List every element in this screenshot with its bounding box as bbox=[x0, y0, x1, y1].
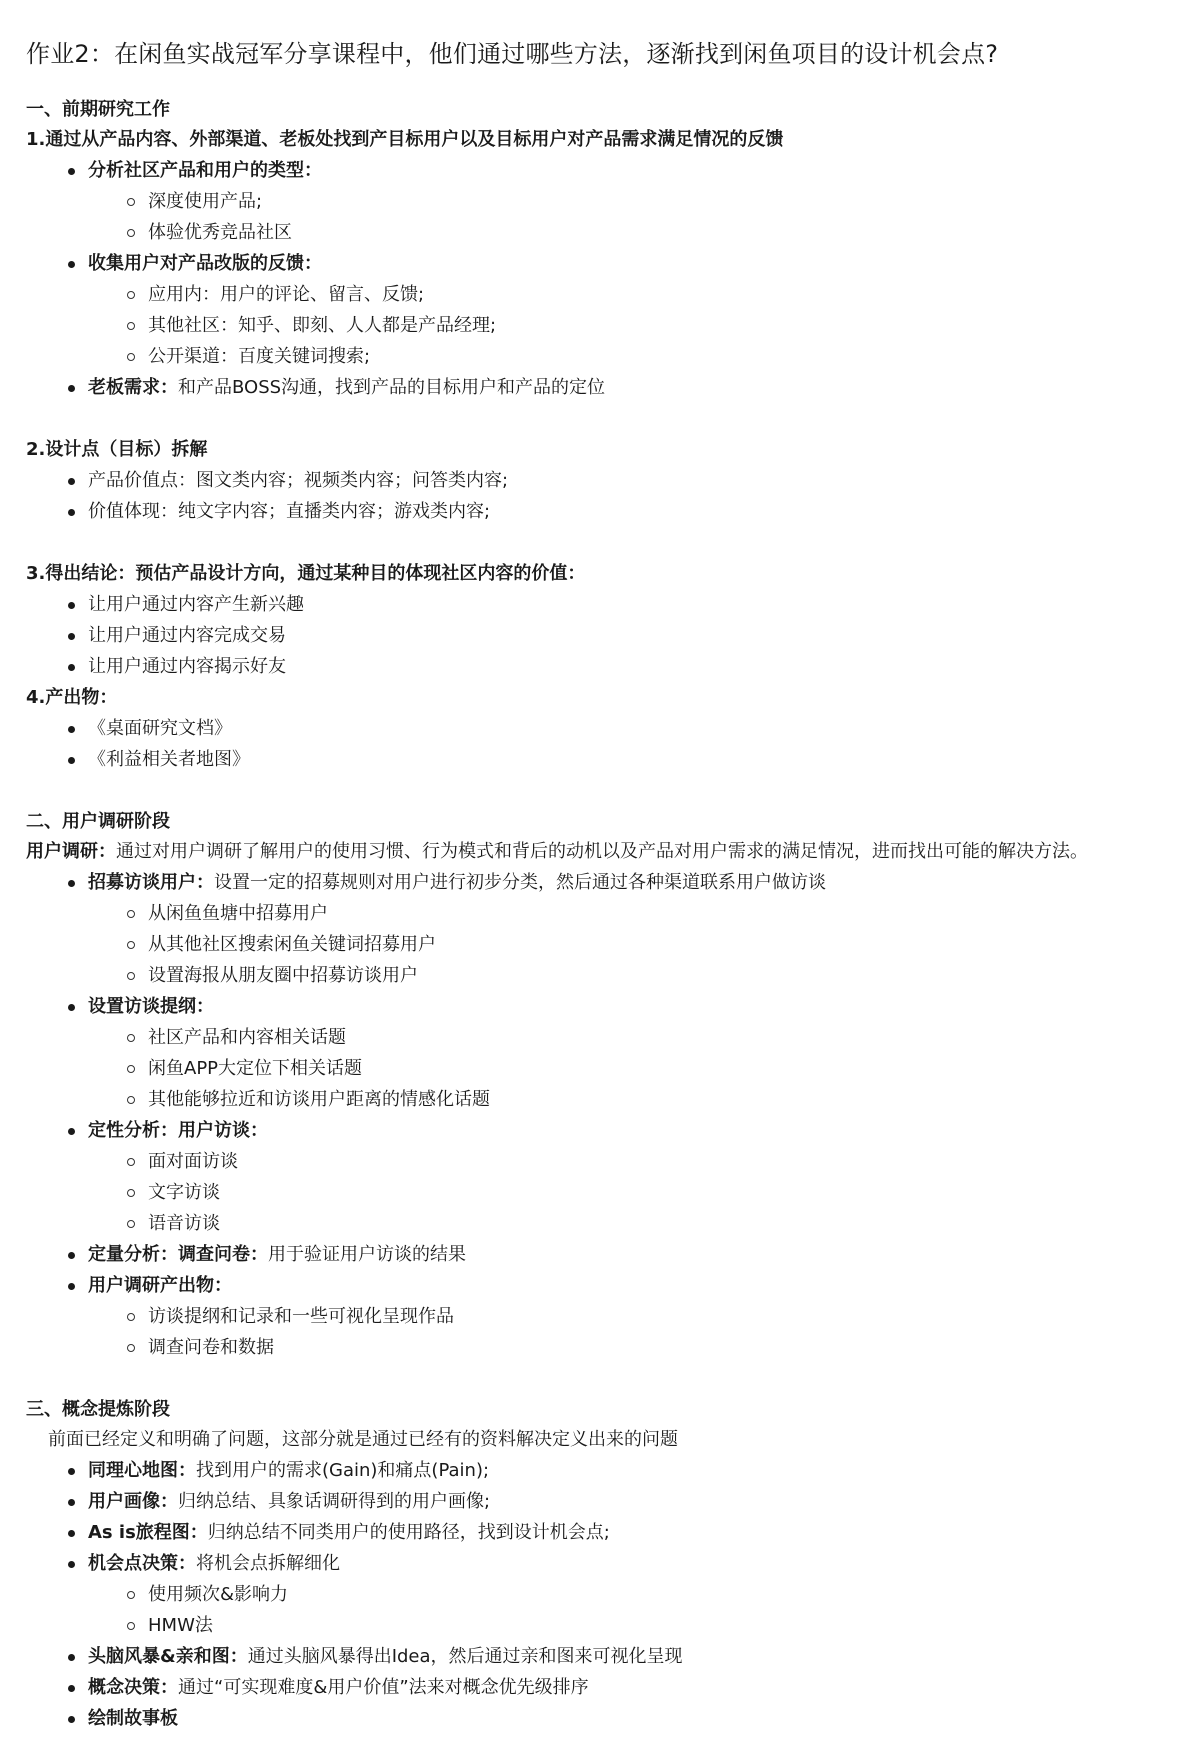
bold-label: 3.得出结论：预估产品设计方向，通过某种目的体现社区内容的价值： bbox=[26, 563, 585, 584]
bold-label: 老板需求： bbox=[88, 377, 178, 398]
bullet-icon bbox=[68, 1468, 75, 1475]
bullet-icon bbox=[68, 1004, 75, 1011]
bold-label: 一、前期研究工作 bbox=[26, 99, 170, 120]
section-heading: 3.得出结论：预估产品设计方向，通过某种目的体现社区内容的价值： bbox=[26, 558, 585, 589]
line-text: 将机会点拆解细化 bbox=[196, 1553, 340, 1574]
list-item: 机会点决策：将机会点拆解细化 bbox=[88, 1548, 340, 1579]
bullet-icon bbox=[68, 1128, 75, 1135]
bold-label: 二、用户调研阶段 bbox=[26, 811, 170, 832]
bullet-icon bbox=[68, 168, 75, 175]
list-item: 产品价值点：图文类内容；视频类内容；问答类内容; bbox=[88, 465, 508, 496]
line-text: 从其他社区搜索闲鱼关键词招募用户 bbox=[148, 934, 436, 955]
line-text: 《桌面研究文档》 bbox=[88, 718, 232, 739]
list-item: 《桌面研究文档》 bbox=[88, 713, 232, 744]
paragraph: 用户调研：通过对用户调研了解用户的使用习惯、行为模式和背后的动机以及产品对用户需… bbox=[26, 836, 1088, 867]
line-text: 闲鱼APP大定位下相关话题 bbox=[148, 1058, 362, 1079]
circle-bullet-icon bbox=[127, 1189, 135, 1197]
list-item: 分析社区产品和用户的类型： bbox=[88, 155, 322, 186]
section-heading: 三、概念提炼阶段 bbox=[26, 1394, 170, 1425]
list-item: 头脑风暴&亲和图：通过头脑风暴得出Idea，然后通过亲和图来可视化呈现 bbox=[88, 1641, 683, 1672]
line-text: 其他社区：知乎、即刻、人人都是产品经理; bbox=[148, 315, 496, 336]
sub-list-item: 从其他社区搜索闲鱼关键词招募用户 bbox=[148, 929, 436, 960]
line-text: 社区产品和内容相关话题 bbox=[148, 1027, 346, 1048]
bullet-icon bbox=[68, 1283, 75, 1290]
bullet-icon bbox=[68, 633, 75, 640]
line-text: 设置海报从朋友圈中招募访谈用户 bbox=[148, 965, 418, 986]
circle-bullet-icon bbox=[127, 198, 135, 206]
bold-label: 定性分析：用户访谈： bbox=[88, 1120, 268, 1141]
circle-bullet-icon bbox=[127, 353, 135, 361]
sub-list-item: 闲鱼APP大定位下相关话题 bbox=[148, 1053, 362, 1084]
bullet-icon bbox=[68, 261, 75, 268]
sub-list-item: 公开渠道：百度关键词搜索; bbox=[148, 341, 370, 372]
line-text: 面对面访谈 bbox=[148, 1151, 238, 1172]
line-text: 通过对用户调研了解用户的使用习惯、行为模式和背后的动机以及产品对用户需求的满足情… bbox=[116, 841, 1088, 862]
line-text: 从闲鱼鱼塘中招募用户 bbox=[148, 903, 328, 924]
sub-list-item: 其他能够拉近和访谈用户距离的情感化话题 bbox=[148, 1084, 490, 1115]
line-text: 公开渠道：百度关键词搜索; bbox=[148, 346, 370, 367]
circle-bullet-icon bbox=[127, 1220, 135, 1228]
line-text: 访谈提纲和记录和一些可视化呈现作品 bbox=[148, 1306, 454, 1327]
line-text: 通过头脑风暴得出Idea，然后通过亲和图来可视化呈现 bbox=[248, 1646, 683, 1667]
circle-bullet-icon bbox=[127, 1096, 135, 1104]
line-text: 体验优秀竞品社区 bbox=[148, 222, 292, 243]
circle-bullet-icon bbox=[127, 1034, 135, 1042]
section-heading: 一、前期研究工作 bbox=[26, 94, 170, 125]
section-heading: 1.通过从产品内容、外部渠道、老板处找到产目标用户以及目标用户对产品需求满足情况… bbox=[26, 124, 783, 155]
line-text: HMW法 bbox=[148, 1615, 213, 1636]
list-item: 用户画像：归纳总结、具象话调研得到的用户画像; bbox=[88, 1486, 490, 1517]
list-item: 招募访谈用户：设置一定的招募规则对用户进行初步分类，然后通过各种渠道联系用户做访… bbox=[88, 867, 826, 898]
line-text: 深度使用产品; bbox=[148, 191, 262, 212]
line-text: 设置一定的招募规则对用户进行初步分类，然后通过各种渠道联系用户做访谈 bbox=[214, 872, 826, 893]
bullet-icon bbox=[68, 880, 75, 887]
bold-label: 概念决策： bbox=[88, 1677, 178, 1698]
section-heading: 2.设计点（目标）拆解 bbox=[26, 434, 207, 465]
circle-bullet-icon bbox=[127, 941, 135, 949]
bullet-icon bbox=[68, 1716, 75, 1723]
circle-bullet-icon bbox=[127, 972, 135, 980]
list-item: 《利益相关者地图》 bbox=[88, 744, 250, 775]
bold-label: 用户调研产出物： bbox=[88, 1275, 232, 1296]
list-item: 让用户通过内容揭示好友 bbox=[88, 651, 286, 682]
line-text: 前面已经定义和明确了问题，这部分就是通过已经有的资料解决定义出来的问题 bbox=[48, 1429, 678, 1450]
circle-bullet-icon bbox=[127, 910, 135, 918]
line-text: 归纳总结、具象话调研得到的用户画像; bbox=[178, 1491, 490, 1512]
bold-label: 招募访谈用户： bbox=[88, 872, 214, 893]
bullet-icon bbox=[68, 664, 75, 671]
list-item: 绘制故事板 bbox=[88, 1703, 178, 1734]
sub-list-item: 从闲鱼鱼塘中招募用户 bbox=[148, 898, 328, 929]
line-text: 文字访谈 bbox=[148, 1182, 220, 1203]
line-text: 使用频次&影响力 bbox=[148, 1584, 288, 1605]
list-item: 价值体现：纯文字内容；直播类内容；游戏类内容; bbox=[88, 496, 490, 527]
list-item: 定量分析：调查问卷：用于验证用户访谈的结果 bbox=[88, 1239, 466, 1270]
sub-list-item: 面对面访谈 bbox=[148, 1146, 238, 1177]
sub-list-item: 文字访谈 bbox=[148, 1177, 220, 1208]
circle-bullet-icon bbox=[127, 1158, 135, 1166]
bold-label: 三、概念提炼阶段 bbox=[26, 1399, 170, 1420]
section-heading: 二、用户调研阶段 bbox=[26, 806, 170, 837]
bullet-icon bbox=[68, 1685, 75, 1692]
line-text: 调查问卷和数据 bbox=[148, 1337, 274, 1358]
list-item: 用户调研产出物： bbox=[88, 1270, 232, 1301]
sub-list-item: 设置海报从朋友圈中招募访谈用户 bbox=[148, 960, 418, 991]
bullet-icon bbox=[68, 726, 75, 733]
bullet-icon bbox=[68, 1654, 75, 1661]
circle-bullet-icon bbox=[127, 1622, 135, 1630]
line-text: 让用户通过内容揭示好友 bbox=[88, 656, 286, 677]
bullet-icon bbox=[68, 478, 75, 485]
bullet-icon bbox=[68, 1499, 75, 1506]
line-text: 应用内：用户的评论、留言、反馈; bbox=[148, 284, 424, 305]
list-item: 让用户通过内容完成交易 bbox=[88, 620, 286, 651]
bold-label: 用户画像： bbox=[88, 1491, 178, 1512]
sub-list-item: 其他社区：知乎、即刻、人人都是产品经理; bbox=[148, 310, 496, 341]
bold-label: 2.设计点（目标）拆解 bbox=[26, 439, 207, 460]
bullet-icon bbox=[68, 602, 75, 609]
bold-label: 设置访谈提纲： bbox=[88, 996, 214, 1017]
bold-label: 定量分析：调查问卷： bbox=[88, 1244, 268, 1265]
sub-list-item: 应用内：用户的评论、留言、反馈; bbox=[148, 279, 424, 310]
line-text: 让用户通过内容完成交易 bbox=[88, 625, 286, 646]
bold-label: 4.产出物： bbox=[26, 687, 117, 708]
list-item: 概念决策：通过“可实现难度&用户价值”法来对概念优先级排序 bbox=[88, 1672, 589, 1703]
section-heading: 4.产出物： bbox=[26, 682, 117, 713]
sub-list-item: HMW法 bbox=[148, 1610, 213, 1641]
bullet-icon bbox=[68, 509, 75, 516]
bold-label: 同理心地图： bbox=[88, 1460, 196, 1481]
line-text: 价值体现：纯文字内容；直播类内容；游戏类内容; bbox=[88, 501, 490, 522]
circle-bullet-icon bbox=[127, 1065, 135, 1073]
sub-list-item: 访谈提纲和记录和一些可视化呈现作品 bbox=[148, 1301, 454, 1332]
bold-label: 绘制故事板 bbox=[88, 1708, 178, 1729]
line-text: 让用户通过内容产生新兴趣 bbox=[88, 594, 304, 615]
bold-label: As is旅程图： bbox=[88, 1522, 208, 1543]
list-item: 同理心地图：找到用户的需求(Gain)和痛点(Pain); bbox=[88, 1455, 489, 1486]
line-text: 其他能够拉近和访谈用户距离的情感化话题 bbox=[148, 1089, 490, 1110]
bullet-icon bbox=[68, 1561, 75, 1568]
list-item: 设置访谈提纲： bbox=[88, 991, 214, 1022]
bullet-icon bbox=[68, 385, 75, 392]
list-item: 老板需求：和产品BOSS沟通，找到产品的目标用户和产品的定位 bbox=[88, 372, 605, 403]
page-title: 作业2：在闲鱼实战冠军分享课程中，他们通过哪些方法，逐渐找到闲鱼项目的设计机会点… bbox=[26, 34, 998, 69]
circle-bullet-icon bbox=[127, 1313, 135, 1321]
sub-list-item: 深度使用产品; bbox=[148, 186, 262, 217]
bold-label: 收集用户对产品改版的反馈： bbox=[88, 253, 322, 274]
bold-label: 分析社区产品和用户的类型： bbox=[88, 160, 322, 181]
bullet-icon bbox=[68, 1530, 75, 1537]
line-text: 产品价值点：图文类内容；视频类内容；问答类内容; bbox=[88, 470, 508, 491]
bold-label: 机会点决策： bbox=[88, 1553, 196, 1574]
bullet-icon bbox=[68, 1252, 75, 1259]
sub-list-item: 使用频次&影响力 bbox=[148, 1579, 288, 1610]
circle-bullet-icon bbox=[127, 1591, 135, 1599]
intro-paragraph: 前面已经定义和明确了问题，这部分就是通过已经有的资料解决定义出来的问题 bbox=[48, 1424, 678, 1455]
list-item: 让用户通过内容产生新兴趣 bbox=[88, 589, 304, 620]
line-text: 归纳总结不同类用户的使用路径，找到设计机会点; bbox=[208, 1522, 610, 1543]
sub-list-item: 体验优秀竞品社区 bbox=[148, 217, 292, 248]
circle-bullet-icon bbox=[127, 322, 135, 330]
list-item: 收集用户对产品改版的反馈： bbox=[88, 248, 322, 279]
circle-bullet-icon bbox=[127, 229, 135, 237]
bold-label: 1.通过从产品内容、外部渠道、老板处找到产目标用户以及目标用户对产品需求满足情况… bbox=[26, 129, 783, 150]
bold-label: 头脑风暴&亲和图： bbox=[88, 1646, 248, 1667]
line-text: 通过“可实现难度&用户价值”法来对概念优先级排序 bbox=[178, 1677, 589, 1698]
list-item: As is旅程图：归纳总结不同类用户的使用路径，找到设计机会点; bbox=[88, 1517, 610, 1548]
line-text: 和产品BOSS沟通，找到产品的目标用户和产品的定位 bbox=[178, 377, 605, 398]
bold-label: 用户调研： bbox=[26, 841, 116, 862]
sub-list-item: 调查问卷和数据 bbox=[148, 1332, 274, 1363]
line-text: 用于验证用户访谈的结果 bbox=[268, 1244, 466, 1265]
sub-list-item: 语音访谈 bbox=[148, 1208, 220, 1239]
circle-bullet-icon bbox=[127, 1344, 135, 1352]
sub-list-item: 社区产品和内容相关话题 bbox=[148, 1022, 346, 1053]
circle-bullet-icon bbox=[127, 291, 135, 299]
line-text: 《利益相关者地图》 bbox=[88, 749, 250, 770]
line-text: 语音访谈 bbox=[148, 1213, 220, 1234]
list-item: 定性分析：用户访谈： bbox=[88, 1115, 268, 1146]
bullet-icon bbox=[68, 757, 75, 764]
line-text: 找到用户的需求(Gain)和痛点(Pain); bbox=[196, 1460, 489, 1481]
